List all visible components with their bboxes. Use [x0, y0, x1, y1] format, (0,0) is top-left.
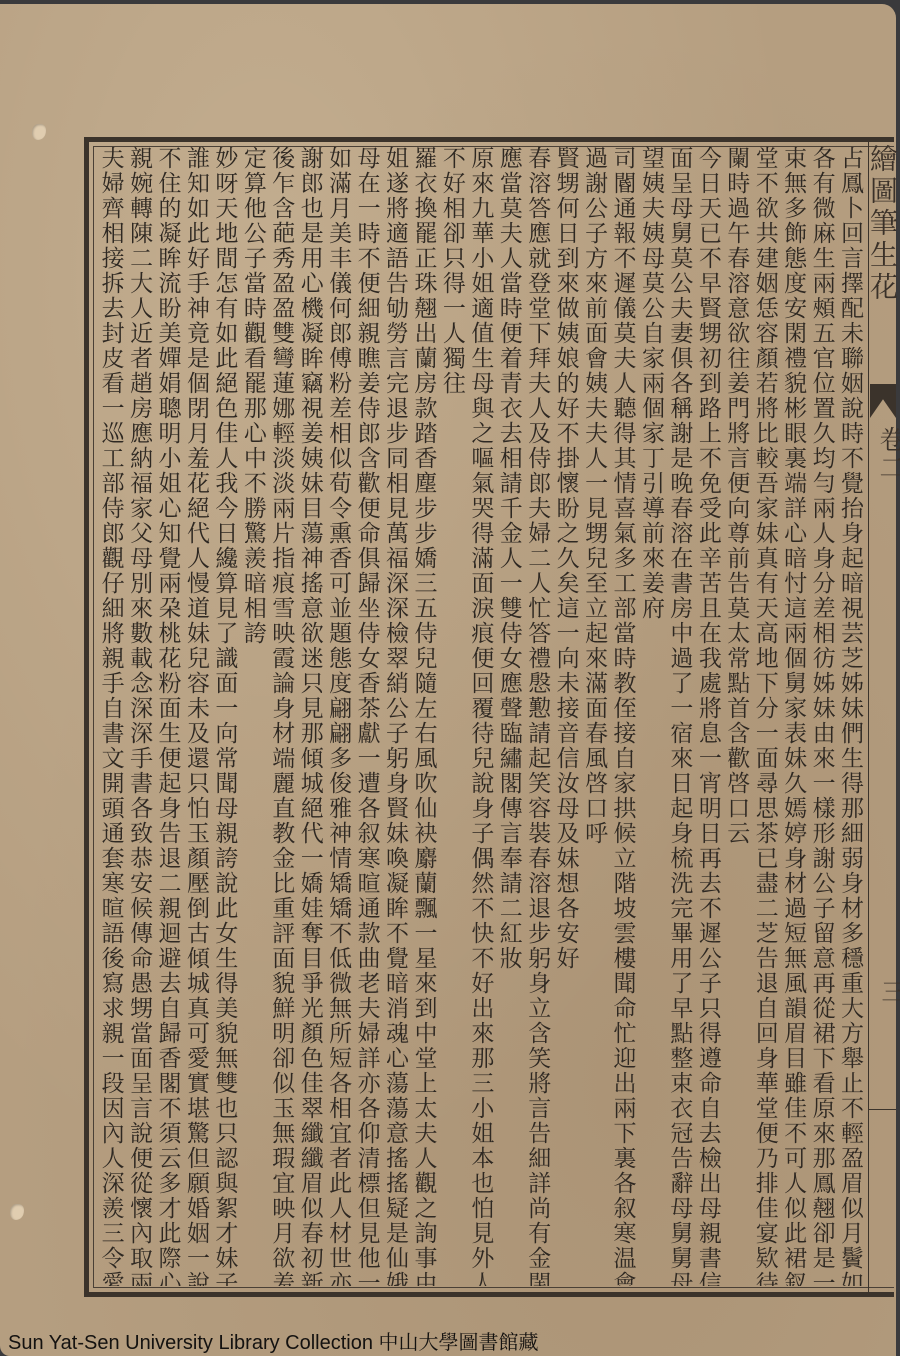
- text-column: 各有微麻生兩頰五官位置久均勻兩人身分差相彷姊妹由來一樣形謝公子留意再從裙下看原來…: [807, 146, 835, 1286]
- text-column: 今日天已不早賢甥初到路上不免受此辛苦且在我處將息一宵明日再去不遲公子只得遵命自去…: [693, 146, 721, 1286]
- volume-label: 卷二: [872, 426, 900, 482]
- text-column: 後乍含葩秀盈盈雙彎蓮娜輕淡淡兩片指痕雪映霞論身材端麗直教金比重評面貌鮮明卻似玉無…: [267, 146, 295, 1286]
- page-tear-top: [32, 124, 46, 140]
- main-text-block: 占鳳卜回言擇配未聯姻說時不覺抬身起暗視芸芝姊妹們生得那細弱身材多穩重大方舉止不輕…: [96, 146, 864, 1286]
- text-column: 司閽通報不遲儀莫夫人聽得其情喜氣多工部當時教侄接自家拱候立階坡雲樓聞命忙迎出兩下…: [608, 146, 636, 1286]
- text-column: 母在一時不便細親瞧姜侍郎含歡便命俱歸坐侍女香茶獻一遭各叙寒暄通款曲老夫婦詳亦各仰…: [352, 146, 380, 1286]
- scanned-book-page: 繪圖筆生花 卷二 三 占鳳卜回言擇配未聯姻說時不覺抬身起暗視芸芝姊妹們生得那細弱…: [0, 4, 896, 1356]
- center-margin-column: [868, 137, 895, 1297]
- text-column: 原來九華小姐適值生母與之嘔氣哭得滿面淚痕便回覆待兒說身子偶然不快不好出來那三小姐…: [466, 146, 494, 1286]
- text-column: 賢甥何日到來做姨娘的好不掛懷盼之久矣這一向未接音信汝母及妹想各安好: [551, 146, 579, 1286]
- book-title: 繪圖筆生花: [870, 144, 896, 304]
- page-tear-bottom: [10, 1204, 24, 1220]
- text-column: 面呈母舅莫公夫妻俱各稱謝是晚春溶在書房中過了一宿來日起身梳洗完畢用了早點整束衣冠…: [665, 146, 693, 1286]
- text-column: 羅衣換罷正珠翹出蘭房款踏香塵步步嬌三五侍兒隨左右風吹仙袂麝蘭飄一星來到中堂上太夫…: [409, 146, 437, 1286]
- text-column: 束無多飾態度安閑禮貌彬眼裏端詳心暗忖這兩個舅家表妹久嫣婷身材過短無風韻眉目雖佳不…: [779, 146, 807, 1286]
- text-column: 堂不欲共建姻恁容顏若將比較吾家妹真有天高地下分一面尋思茶已盡二芝告退自回身華堂便…: [750, 146, 778, 1286]
- text-column: 應當莫夫人當時便着青衣去相請千金人一雙侍女應聲臨繡閣傳言奉請二紅妝: [494, 146, 522, 1286]
- margin-rule: [868, 1109, 896, 1110]
- text-column: 占鳳卜回言擇配未聯姻說時不覺抬身起暗視芸芝姊妹們生得那細弱身材多穩重大方舉止不輕…: [836, 146, 864, 1286]
- library-collection-caption: Sun Yat-Sen University Library Collectio…: [8, 1326, 539, 1355]
- text-column: 定算他公子當時觀看罷那心中不勝驚羨暗相誇: [238, 146, 266, 1286]
- text-column: 不住的凝眸流盼美嬋娟聰明小姐心知覺兩朶桃花粉面生便起身告退二親迴避去自歸香閣不須…: [153, 146, 181, 1286]
- folio-number: 三: [874, 979, 900, 1003]
- text-column: 如滿月美丰儀何郎傅粉差相似荀令熏香可並題態度翩翩多俊雅神情矯矯不低微無所短各相宜…: [324, 146, 352, 1286]
- text-column: 謝郎也是用心機凝眸竊視姜姨妹目蕩神搖意欲迷只見那傾城絕代一嬌娃奪目爭光顏色佳翠纖…: [295, 146, 323, 1286]
- text-column: 望姨夫姨母莫公自家兩個家丁引導前來姜府: [637, 146, 665, 1286]
- text-column: 誰知如此好手神竟是個閉月羞花絕代人慢道妹兒容未及還只怕玉顏壓倒古傾城真可愛實堪驚…: [182, 146, 210, 1286]
- text-column: 闌時過午春溶意欲往姜門將言便向尊前告莫太常點首含歡啓口云: [722, 146, 750, 1286]
- text-column: 春溶答應就登堂下拜夫人及侍郎夫婦二人忙答禮慇懃請起笑容裝春溶退步躬身立含笑將言告…: [523, 146, 551, 1286]
- text-column: 不好相卻只得一人獨往: [437, 146, 465, 1286]
- text-column: 姐遂將適語告劬勞言完退步同相見萬福深深檢翠綃公子躬身賢妹喚凝眸不覺暗消魂心蕩蕩意…: [381, 146, 409, 1286]
- text-column: 親婉轉陳二大人近者趙房應納福家父母別來數載念深深手書各致恭安候傳命愚甥當面呈言說…: [125, 146, 153, 1286]
- text-column: 妙呀天地間怎有如此絕色佳人我今日纔算見了識面一向常聞母親誇說此女生得美貌無雙也只…: [210, 146, 238, 1286]
- text-column: 過謝公子方來前面會姨夫夫人一見甥兒至立起來滿面春風啓口呼: [580, 146, 608, 1286]
- text-column: 夫婦齊相接拆去封皮看一巡工部侍郎觀仔細將親手自書文開頭通套寒暄語後寫求親一段因內…: [96, 146, 124, 1286]
